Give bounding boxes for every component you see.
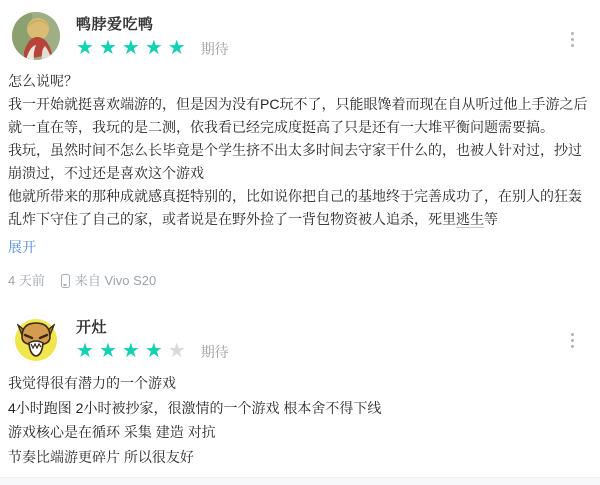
- review-line: 我觉得很有潜力的一个游戏: [8, 371, 592, 396]
- star-icon: ★: [122, 341, 140, 361]
- review-card-1: 鸭脖爱吃鸭 ★ ★ ★ ★ ★ 期待 怎么说呢？ 我一开始就挺喜欢端游的，但是因…: [0, 0, 600, 289]
- star-rating: ★ ★ ★ ★ ★: [76, 341, 191, 361]
- review-card-2: 开灶 ★ ★ ★ ★ ★ 期待 我觉得很有潜力的一个游戏 4小时跑图 2小时被抄…: [0, 303, 600, 469]
- review-1-rating-row: ★ ★ ★ ★ ★ 期待: [76, 37, 229, 59]
- star-icon: ★: [122, 38, 140, 58]
- timestamp: 4 天前: [8, 270, 45, 289]
- review-1-text: 怎么说呢？ 我一开始就挺喜欢端游的，但是因为没有PC玩不了，只能眼馋着而现在自从…: [8, 70, 592, 231]
- star-icon: ★: [168, 341, 186, 361]
- review-line: 4小时跑图 2小时被抄家，很激情的一个游戏 根本舍不得下线: [8, 396, 592, 421]
- review-paragraph: 他就所带来的那种成就感真挺特别的，比如说你把自己的基地终于完善成功了，在别人的狂…: [8, 185, 592, 231]
- review-line: 游戏核心是在循环 采集 建造 对抗: [8, 420, 592, 445]
- star-rating: ★ ★ ★ ★ ★: [76, 38, 191, 58]
- star-icon: ★: [99, 38, 117, 58]
- username[interactable]: 鸭脖爱吃鸭: [76, 13, 229, 34]
- star-icon: ★: [145, 341, 163, 361]
- review-text-segment: 等: [484, 211, 498, 227]
- review-line: 节奏比端游更碎片 所以很友好: [8, 445, 592, 470]
- star-icon: ★: [76, 341, 94, 361]
- avatar-illustration-2: [12, 315, 60, 363]
- rating-status-label: 期待: [201, 342, 229, 362]
- review-list-page: 鸭脖爱吃鸭 ★ ★ ★ ★ ★ 期待 怎么说呢？ 我一开始就挺喜欢端游的，但是因…: [0, 0, 600, 485]
- keyword-link[interactable]: 逃生: [456, 211, 484, 228]
- avatar[interactable]: [12, 315, 60, 363]
- avatar-illustration-1: [12, 12, 60, 60]
- star-icon: ★: [145, 38, 163, 58]
- review-1-header: 鸭脖爱吃鸭 ★ ★ ★ ★ ★ 期待: [8, 12, 592, 60]
- phone-icon: [61, 274, 70, 288]
- review-paragraph: 我玩，虽然时间不怎么长毕竟是个学生挤不出太多时间去守家干什么的，也被人针对过，抄…: [8, 139, 592, 185]
- star-icon: ★: [168, 38, 186, 58]
- expand-button[interactable]: 展开: [8, 237, 36, 257]
- review-1-meta: 4 天前 来自 Vivo S20: [8, 270, 592, 289]
- review-2-text: 我觉得很有潜力的一个游戏 4小时跑图 2小时被抄家，很激情的一个游戏 根本舍不得…: [8, 371, 592, 469]
- star-icon: ★: [76, 38, 94, 58]
- review-2-user-info: 开灶 ★ ★ ★ ★ ★ 期待: [76, 315, 229, 362]
- review-2-rating-row: ★ ★ ★ ★ ★ 期待: [76, 340, 229, 362]
- more-options-icon[interactable]: [567, 26, 578, 53]
- review-paragraph: 我一开始就挺喜欢端游的，但是因为没有PC玩不了，只能眼馋着而现在自从听过他上手游…: [8, 93, 592, 139]
- rating-status-label: 期待: [201, 39, 229, 59]
- review-1-user-info: 鸭脖爱吃鸭 ★ ★ ★ ★ ★ 期待: [76, 12, 229, 59]
- more-options-icon[interactable]: [567, 327, 578, 354]
- star-icon: ★: [99, 341, 117, 361]
- device-label: 来自 Vivo S20: [75, 270, 156, 289]
- next-section-edge: [0, 477, 600, 485]
- review-2-header: 开灶 ★ ★ ★ ★ ★ 期待: [8, 315, 592, 363]
- avatar[interactable]: [12, 12, 60, 60]
- review-paragraph: 怎么说呢？: [8, 70, 592, 93]
- username[interactable]: 开灶: [76, 316, 229, 337]
